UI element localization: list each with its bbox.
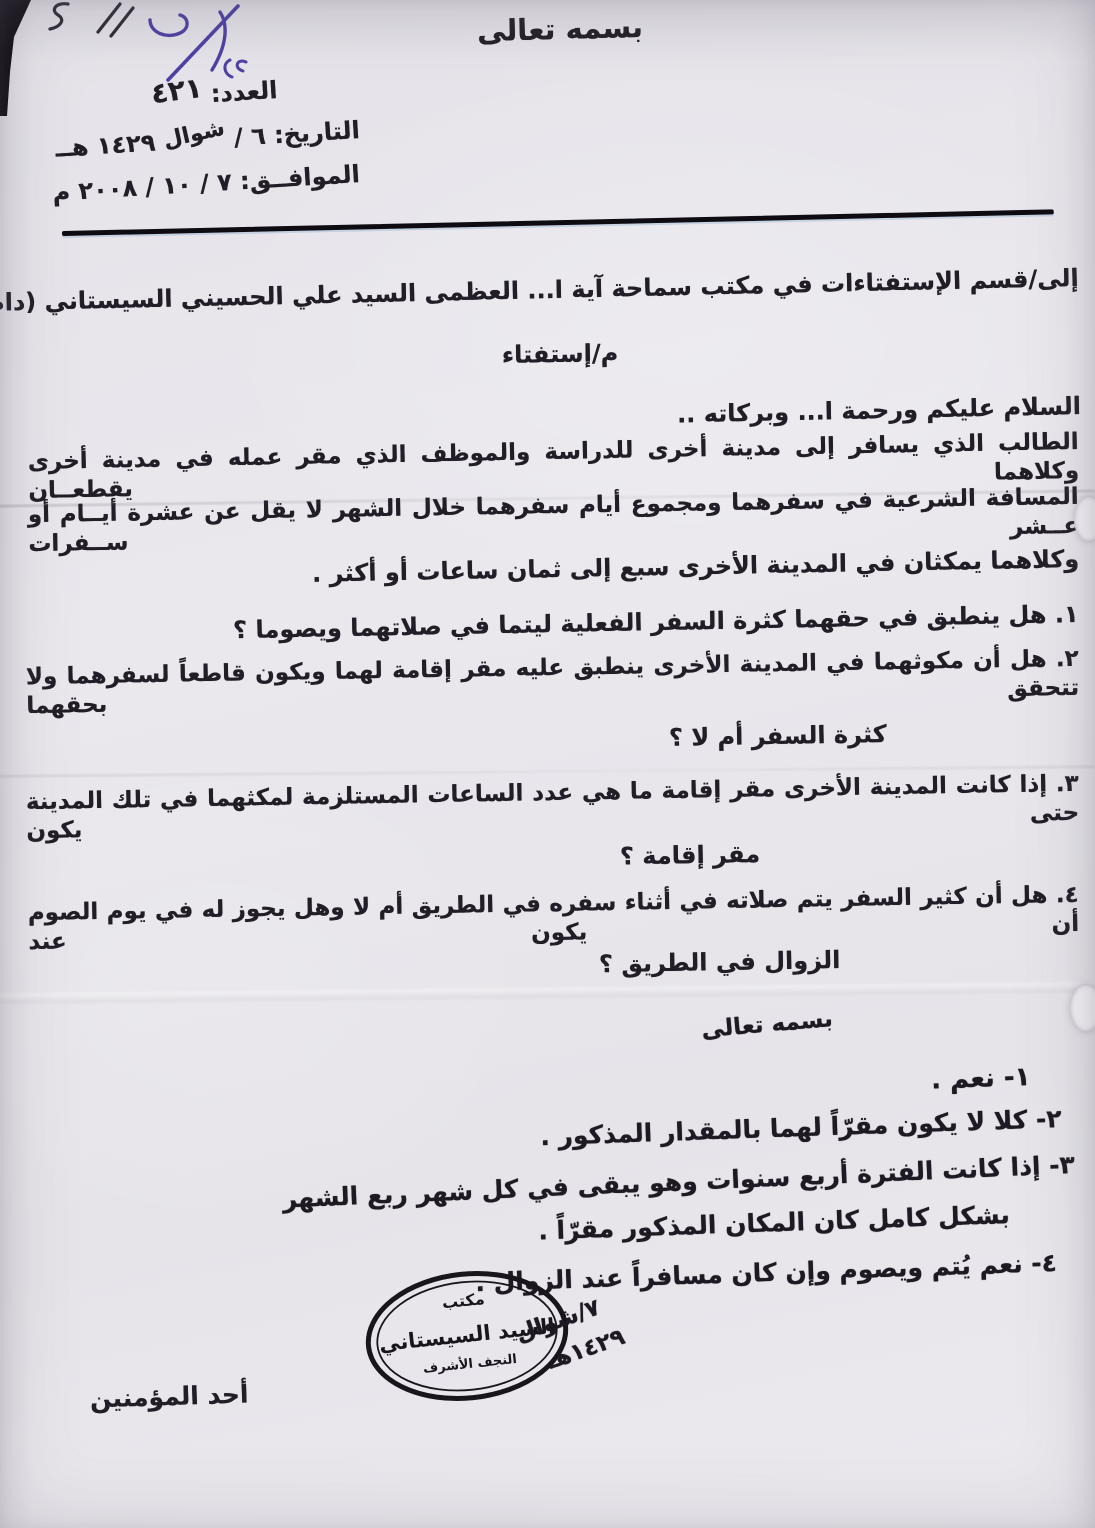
- hijri-date-year: ١٤٢٩ هــ: [55, 129, 157, 163]
- answer-1: ١- نعم .: [930, 1062, 1030, 1095]
- salutation: السلام عليكم ورحمة ا... وبركاته ..: [677, 392, 1081, 428]
- divider: [62, 209, 1054, 236]
- answer-3-line-2: بشكل كامل كان المكان المذكور مقرّاً .: [538, 1200, 1010, 1245]
- subject-line: م/إستفتاء: [430, 338, 690, 371]
- question-2-line-2: كثرة السفر أم لا ؟: [669, 720, 887, 752]
- answer-2: ٢- كلا لا يكون مقرّاً لهما بالمقدار المذ…: [540, 1104, 1062, 1151]
- hijri-date-line: التاريخ: ٦ / شوال ١٤٢٩ هــ: [55, 116, 361, 163]
- gregorian-date-line: الموافــق: ٧ / ١٠ / ٢٠٠٨ م: [52, 160, 361, 207]
- question-4-line-2: الزوال في الطريق ؟: [598, 946, 840, 978]
- question-2-line-1: ٢. هل أن مكوثهما في المدينة الأخرى ينطبق…: [26, 645, 1080, 721]
- question-1: ١. هل ينطبق في حقهما كثرة السفر الفعلية …: [233, 600, 1079, 644]
- paper-blemish: [1070, 984, 1095, 1032]
- address-line: إلى/قسم الإستفتاءات في مكتب سماحة آية ا.…: [0, 264, 1079, 320]
- stamp-text-bottom: النجف الأشرف: [422, 1350, 517, 1377]
- question-4-line-1: ٤. هل أن كثير السفر يتم صلاته في أثناء س…: [28, 881, 1080, 957]
- fold-crease: [0, 982, 1095, 1003]
- hijri-date-label: التاريخ: ٦ /: [233, 116, 360, 152]
- reply-basmala: بسمه تعالى: [701, 1006, 834, 1043]
- stamp-text-top: مكتب: [441, 1289, 485, 1312]
- question-3-line-2: مقر إقامة ؟: [620, 840, 761, 870]
- basmala-heading: بسمه تعالى: [410, 8, 711, 50]
- scanned-letter-page: بسمه تعالى العدد: ٤٢١ التاريخ: ٦ / شوال …: [0, 0, 1095, 1528]
- pen-annotation: [16, 0, 256, 100]
- question-3-line-1: ٣. إذا كانت المدينة الأخرى مقر إقامة ما …: [26, 770, 1080, 846]
- signature: أحد المؤمنين: [90, 1380, 249, 1414]
- hijri-date-month-handwritten: شوال: [162, 116, 228, 154]
